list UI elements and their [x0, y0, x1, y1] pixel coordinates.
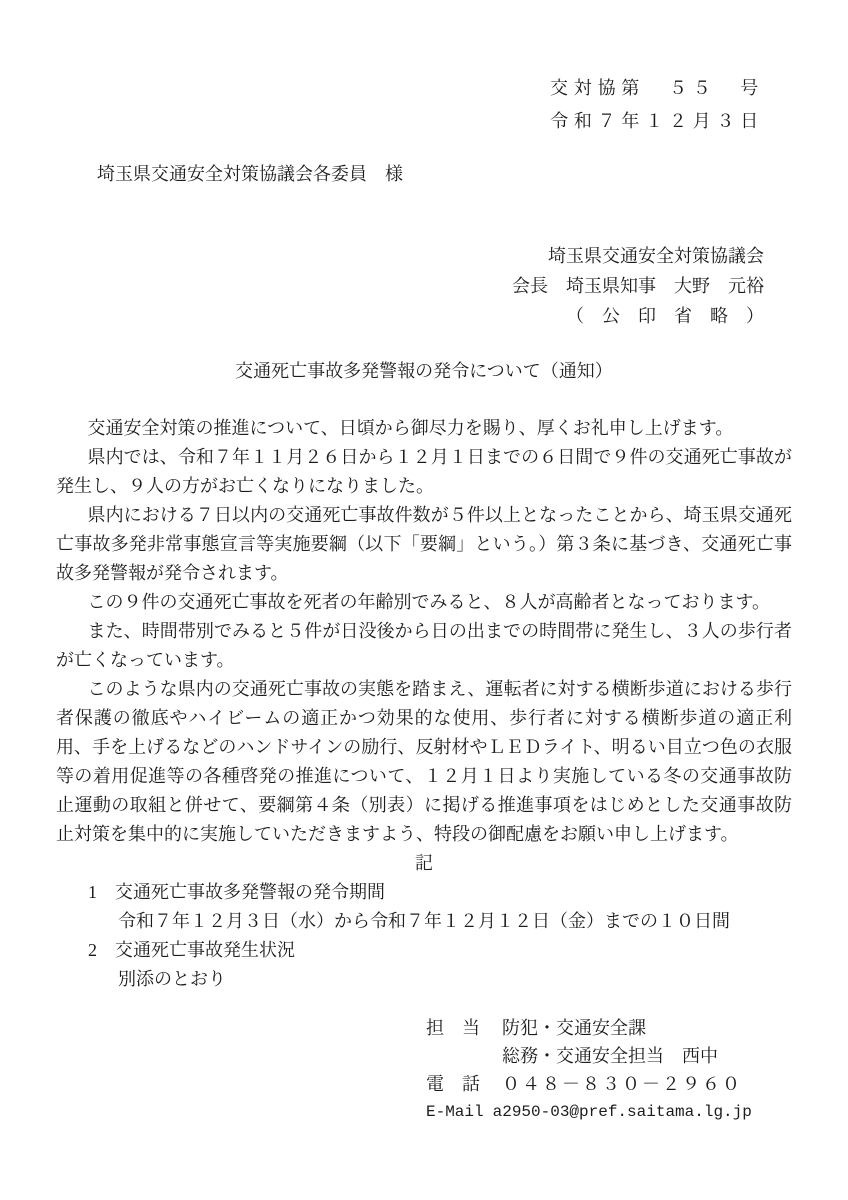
ki-marker: 記: [56, 849, 792, 878]
sender-organization: 埼玉県交通安全対策協議会: [56, 241, 764, 271]
record-item-number: 1: [88, 878, 115, 907]
contact-block: 担 当 防犯・交通安全課 総務・交通安全担当 西中 電 話 ０４８－８３０－２９…: [426, 1014, 792, 1126]
contact-department-row: 担 当 防犯・交通安全課: [426, 1014, 792, 1042]
contact-subdepartment-row: 総務・交通安全担当 西中: [426, 1042, 792, 1070]
contact-phone-row: 電 話 ０４８－８３０－２９６０: [426, 1070, 792, 1098]
body-paragraph: このような県内の交通死亡事故の実態を踏まえ、運転者に対する横断歩道における歩行者…: [56, 675, 792, 849]
document-number: 交対協第 ５５ 号: [56, 72, 764, 105]
record-item-number: 2: [88, 936, 115, 965]
document-title: 交通死亡事故多発警報の発令について（通知）: [56, 357, 792, 386]
contact-role-label: 担 当: [426, 1014, 502, 1042]
body-paragraph: この９件の交通死亡事故を死者の年齢別でみると、８人が高齢者となっております。: [56, 588, 792, 617]
body-paragraph: 県内では、令和７年１１月２６日から１２月１日までの６日間で９件の交通死亡事故が発…: [56, 443, 792, 501]
contact-email-address: a2950-03@pref.saitama.lg.jp: [493, 1098, 752, 1126]
record-item-detail: 別添のとおり: [118, 965, 792, 994]
record-list: 1 交通死亡事故多発警報の発令期間 令和７年１２月３日（水）から令和７年１２月１…: [56, 878, 792, 994]
contact-email-label: E-Mail: [426, 1098, 484, 1126]
sender-block: 埼玉県交通安全対策協議会 会長 埼玉県知事 大野 元裕 （ 公 印 省 略 ）: [56, 241, 792, 331]
document-number-block: 交対協第 ５５ 号 令和７年１２月３日: [56, 72, 792, 138]
contact-email-row: E-Mail a2950-03@pref.saitama.lg.jp: [426, 1098, 792, 1126]
sender-chief: 会長 埼玉県知事 大野 元裕: [56, 271, 764, 301]
seal-omitted-note: （ 公 印 省 略 ）: [56, 301, 764, 331]
document-page: 交対協第 ５５ 号 令和７年１２月３日 埼玉県交通安全対策協議会各委員 様 埼玉…: [0, 0, 848, 1200]
document-date: 令和７年１２月３日: [56, 105, 764, 138]
contact-phone-number: ０４８－８３０－２９６０: [502, 1070, 742, 1098]
body-paragraph: 県内における７日以内の交通死亡事故件数が５件以上となったことから、埼玉県交通死亡…: [56, 501, 792, 588]
body-paragraph: また、時間帯別でみると５件が日没後から日の出までの時間帯に発生し、３人の歩行者が…: [56, 617, 792, 675]
record-item-heading: 交通死亡事故発生状況: [115, 936, 295, 965]
contact-subdepartment: 総務・交通安全担当 西中: [502, 1042, 718, 1070]
record-item-detail: 令和７年１２月３日（水）から令和７年１２月１２日（金）までの１０日間: [118, 907, 792, 936]
record-item-heading: 交通死亡事故多発警報の発令期間: [115, 878, 385, 907]
document-body: 交通安全対策の推進について、日頃から御尽力を賜り、厚くお礼申し上げます。 県内で…: [56, 414, 792, 849]
addressee: 埼玉県交通安全対策協議会各委員 様: [97, 160, 792, 189]
contact-department: 防犯・交通安全課: [502, 1014, 646, 1042]
contact-phone-label: 電 話: [426, 1070, 502, 1098]
body-paragraph: 交通安全対策の推進について、日頃から御尽力を賜り、厚くお礼申し上げます。: [56, 414, 792, 443]
record-item: 1 交通死亡事故多発警報の発令期間: [56, 878, 792, 907]
contact-label-spacer: [426, 1042, 502, 1070]
record-item: 2 交通死亡事故発生状況: [56, 936, 792, 965]
